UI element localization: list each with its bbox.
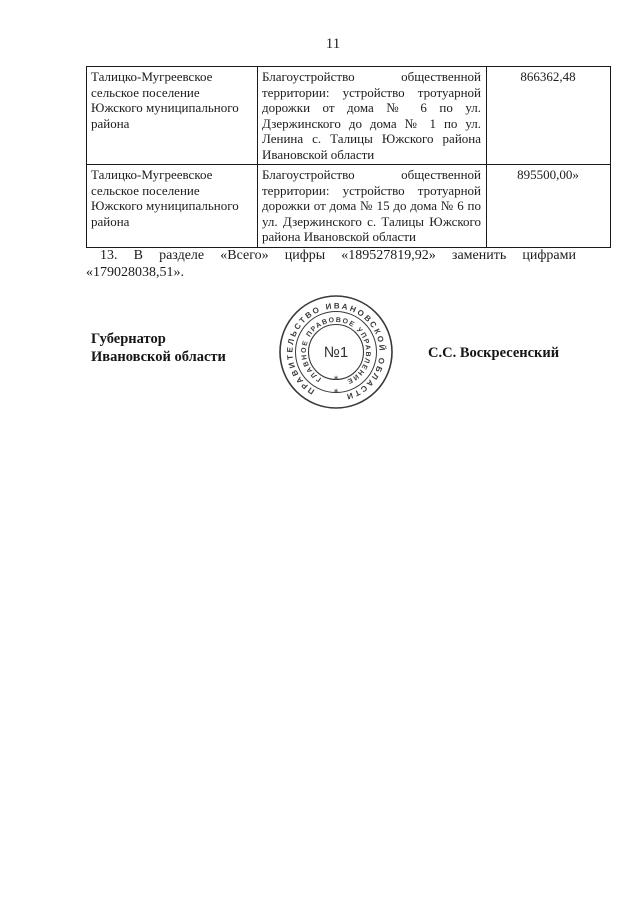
document-page: 11 Талицко-Мугреевское сельское поселени… bbox=[0, 0, 640, 905]
signature-title: Губернатор Ивановской области bbox=[91, 330, 226, 366]
amount-cell: 866362,48 bbox=[487, 67, 611, 165]
table-row: Талицко-Мугреевское сельское поселение Ю… bbox=[87, 67, 611, 165]
allocations-table: Талицко-Мугреевское сельское поселение Ю… bbox=[86, 66, 611, 248]
settlement-cell: Талицко-Мугреевское сельское поселение Ю… bbox=[87, 67, 258, 165]
settlement-cell: Талицко-Мугреевское сельское поселение Ю… bbox=[87, 165, 258, 248]
signature-title-line1: Губернатор bbox=[91, 330, 226, 348]
description-cell: Благоустройство общественной территории:… bbox=[258, 165, 487, 248]
description-cell: Благоустройство общественной территории:… bbox=[258, 67, 487, 165]
page-number: 11 bbox=[86, 36, 580, 53]
approval-stamp: ПРАВИТЕЛЬСТВО ИВАНОВСКОЙ ОБЛАСТИ ГЛАВНОЕ… bbox=[261, 277, 411, 427]
signature-name: С.С. Воскресенский bbox=[428, 345, 559, 362]
signature-title-line2: Ивановской области bbox=[91, 348, 226, 366]
amount-cell: 895500,00» bbox=[487, 165, 611, 248]
stamp-number: №1 bbox=[324, 344, 348, 361]
stamp-separator-inner: ∗ bbox=[333, 375, 339, 382]
table-row: Талицко-Мугреевское сельское поселение Ю… bbox=[87, 165, 611, 248]
stamp-separator-outer: ∗ bbox=[333, 388, 339, 395]
